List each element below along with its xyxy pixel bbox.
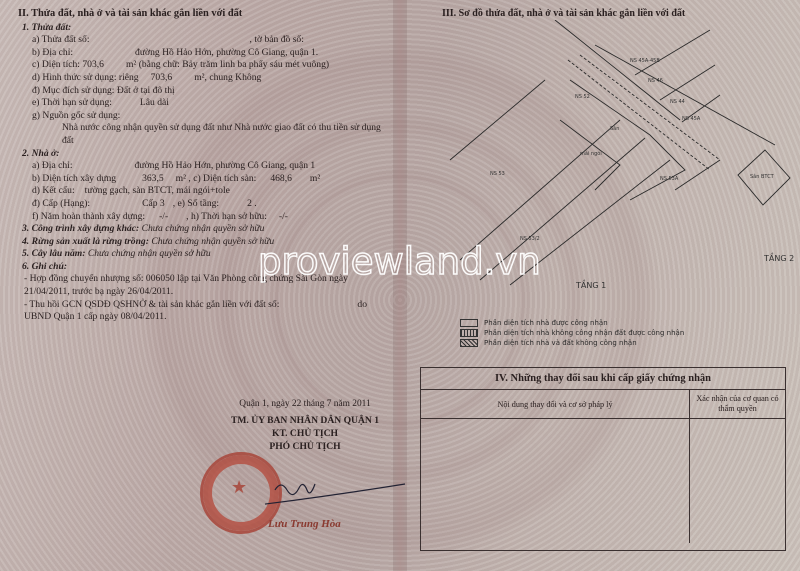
land-area: 703,6 — [82, 59, 104, 70]
house-structure-row: d) Kết cấu:tường gạch, sàn BTCT, mái ngó… — [32, 185, 388, 198]
signer-role-1: KT. CHỦ TỊCH — [190, 427, 420, 440]
land-origin-label: g) Nguồn gốc sử dụng: — [32, 110, 388, 123]
land-parcel-row: a) Thửa đất số:, tờ bản đồ số: — [32, 34, 388, 47]
signer-name: Lưu Trung Hòa — [268, 518, 341, 530]
other-construction-row: 3. Công trình xây dựng khác: Chưa chứng … — [22, 223, 388, 236]
svg-text:mái ngói: mái ngói — [580, 150, 602, 157]
legend-swatch-icon — [460, 319, 478, 327]
right-page: III. Sơ đồ thửa đất, nhà ở và tài sản kh… — [420, 8, 790, 19]
svg-text:Sân BTCT: Sân BTCT — [750, 173, 775, 180]
legend-item: Phần diện tích nhà và đất không công nhậ… — [460, 338, 684, 348]
land-usage-form-row: d) Hình thức sử dụng: riêng703,6m², chun… — [32, 72, 388, 85]
changes-table-header: Nội dung thay đổi và cơ sở pháp lý Xác n… — [421, 390, 785, 419]
svg-text:NS 52: NS 52 — [575, 94, 590, 100]
legend-swatch-icon — [460, 329, 478, 337]
land-term-row: e) Thời hạn sử dụng:Lâu dài — [32, 97, 388, 110]
house-build-area-row: b) Diện tích xây dựng363,5m² , c) Diện t… — [32, 173, 388, 186]
col-confirmation-header: Xác nhận của cơ quan có thẩm quyền — [690, 390, 785, 418]
legend-swatch-icon — [460, 339, 478, 347]
issuing-org: TM. ỦY BAN NHÂN DÂN QUẬN 1 — [190, 414, 420, 427]
col-content-header: Nội dung thay đổi và cơ sở pháp lý — [421, 390, 690, 418]
notes-line-2: - Thu hồi GCN QSDĐ QSHNỞ & tài sản khác … — [24, 299, 384, 312]
svg-text:NS 53A: NS 53A — [660, 176, 679, 182]
signature-block: Quận 1, ngày 22 tháng 7 năm 2011 TM. ỦY … — [190, 398, 420, 453]
legend-item: Phần diện tích nhà không công nhận đất đ… — [460, 328, 684, 338]
legend-item: Phần diện tích nhà được công nhận — [460, 318, 684, 328]
land-purpose-row: đ) Mục đích sử dụng: Đất ở tại đô thị — [32, 85, 388, 98]
house-grade-row: đ) Cấp (Hạng):Cấp 3, e) Số tầng:2 . — [32, 198, 388, 211]
svg-text:Sân: Sân — [610, 125, 619, 132]
land-origin-value: Nhà nước công nhận quyền sử dụng đất như… — [62, 122, 382, 147]
notes-line-3: UBND Quận 1 cấp ngày 08/04/2011. — [24, 311, 388, 324]
land-area-row: c) Diện tích: 703,6m² (bằng chữ: Bảy tră… — [32, 59, 388, 72]
star-icon: ★ — [231, 477, 247, 498]
issue-date: Quận 1, ngày 22 tháng 7 năm 2011 — [190, 398, 420, 411]
svg-text:NS 46: NS 46 — [648, 78, 663, 84]
svg-text:NS 44: NS 44 — [670, 99, 685, 105]
house-address-row: a) Địa chỉ:đường Hồ Hảo Hớn, phường Cô G… — [32, 160, 388, 173]
lot-label: NS 45A-45B — [630, 58, 660, 64]
land-certificate-page: II. Thửa đất, nhà ở và tài sản khác gắn … — [0, 0, 800, 571]
signer-role-2: PHÓ CHỦ TỊCH — [190, 440, 420, 453]
changes-table-body — [421, 419, 785, 543]
house-title: 2. Nhà ở: — [22, 148, 388, 161]
land-title: 1. Thửa đất: — [22, 22, 388, 35]
section-ii-heading: II. Thửa đất, nhà ở và tài sản khác gắn … — [18, 8, 388, 21]
watermark: proviewland.vn — [258, 240, 541, 283]
signature-scribble-icon — [265, 470, 415, 510]
land-address-row: b) Địa chỉ:đường Hồ Hảo Hớn, phường Cô G… — [32, 47, 388, 60]
floor-2-label: TẦNG 2 — [764, 254, 794, 263]
svg-text:NS 53: NS 53 — [490, 171, 505, 177]
changes-content-cell — [421, 419, 690, 543]
land-address: đường Hồ Hảo Hớn, phường Cô Giang, quận … — [135, 47, 318, 58]
diagram-legend: Phần diện tích nhà được công nhận Phần d… — [460, 318, 684, 348]
section-iii-heading: III. Sơ đồ thửa đất, nhà ở và tài sản kh… — [442, 8, 790, 19]
house-completion-row: f) Năm hoàn thành xây dựng:-/-, h) Thời … — [32, 211, 388, 224]
changes-table: IV. Những thay đổi sau khi cấp giấy chứn… — [420, 367, 786, 551]
section-iv-heading: IV. Những thay đổi sau khi cấp giấy chứn… — [421, 368, 785, 390]
svg-text:NS 45A: NS 45A — [682, 116, 701, 122]
floor-1-label: TẦNG 1 — [576, 281, 606, 290]
